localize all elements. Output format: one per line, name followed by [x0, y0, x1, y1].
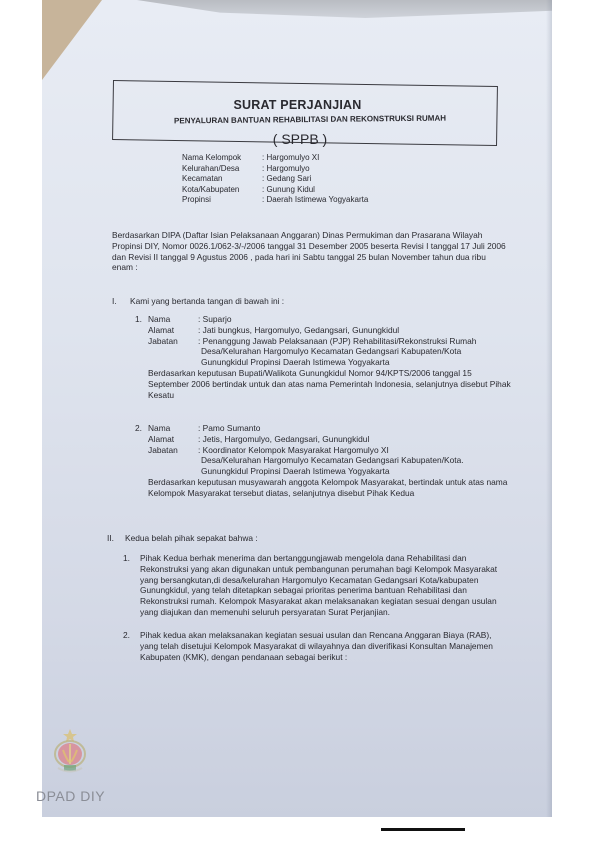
info-row: Kecamatan: Gedang Sari	[182, 174, 368, 185]
section-2-number: II.	[107, 533, 114, 544]
document-code: ( SPPB )	[0, 131, 595, 147]
footer-line	[381, 828, 465, 831]
info-row: Nama Kelompok: Hargomulyo XI	[182, 153, 368, 164]
info-row: Kota/Kabupaten: Gunung Kidul	[182, 185, 368, 196]
intro-paragraph: Berdasarkan DIPA (Daftar Isian Pelaksana…	[112, 230, 507, 273]
party-2: Nama: Pamo Sumanto Alamat: Jetis, Hargom…	[148, 423, 518, 499]
group-info: Nama Kelompok: Hargomulyo XI Kelurahan/D…	[182, 153, 368, 206]
info-row: Propinsi: Daerah Istimewa Yogyakarta	[182, 195, 368, 206]
yogyakarta-emblem-icon	[52, 728, 88, 776]
item-2-text: Pihak kedua akan melaksanakan kegiatan s…	[140, 630, 525, 662]
party-2-number: 2.	[135, 423, 142, 434]
section-1-heading: Kami yang bertanda tangan di bawah ini :	[130, 296, 284, 307]
watermark-text: DPAD DIY	[36, 788, 105, 804]
item-1-number: 1.	[123, 553, 130, 564]
party-1: Nama: Suparjo Alamat: Jati bungkus, Harg…	[148, 314, 518, 400]
document-page: SURAT PERJANJIAN PENYALURAN BANTUAN REHA…	[0, 0, 595, 842]
party-1-number: 1.	[135, 314, 142, 325]
item-1-text: Pihak Kedua berhak menerima dan bertangg…	[140, 553, 525, 618]
info-row: Kelurahan/Desa: Hargomulyo	[182, 164, 368, 175]
item-2-number: 2.	[123, 630, 130, 641]
section-2-heading: Kedua belah pihak sepakat bahwa :	[125, 533, 258, 544]
document-title: SURAT PERJANJIAN	[0, 98, 595, 112]
section-1-number: I.	[112, 296, 117, 307]
